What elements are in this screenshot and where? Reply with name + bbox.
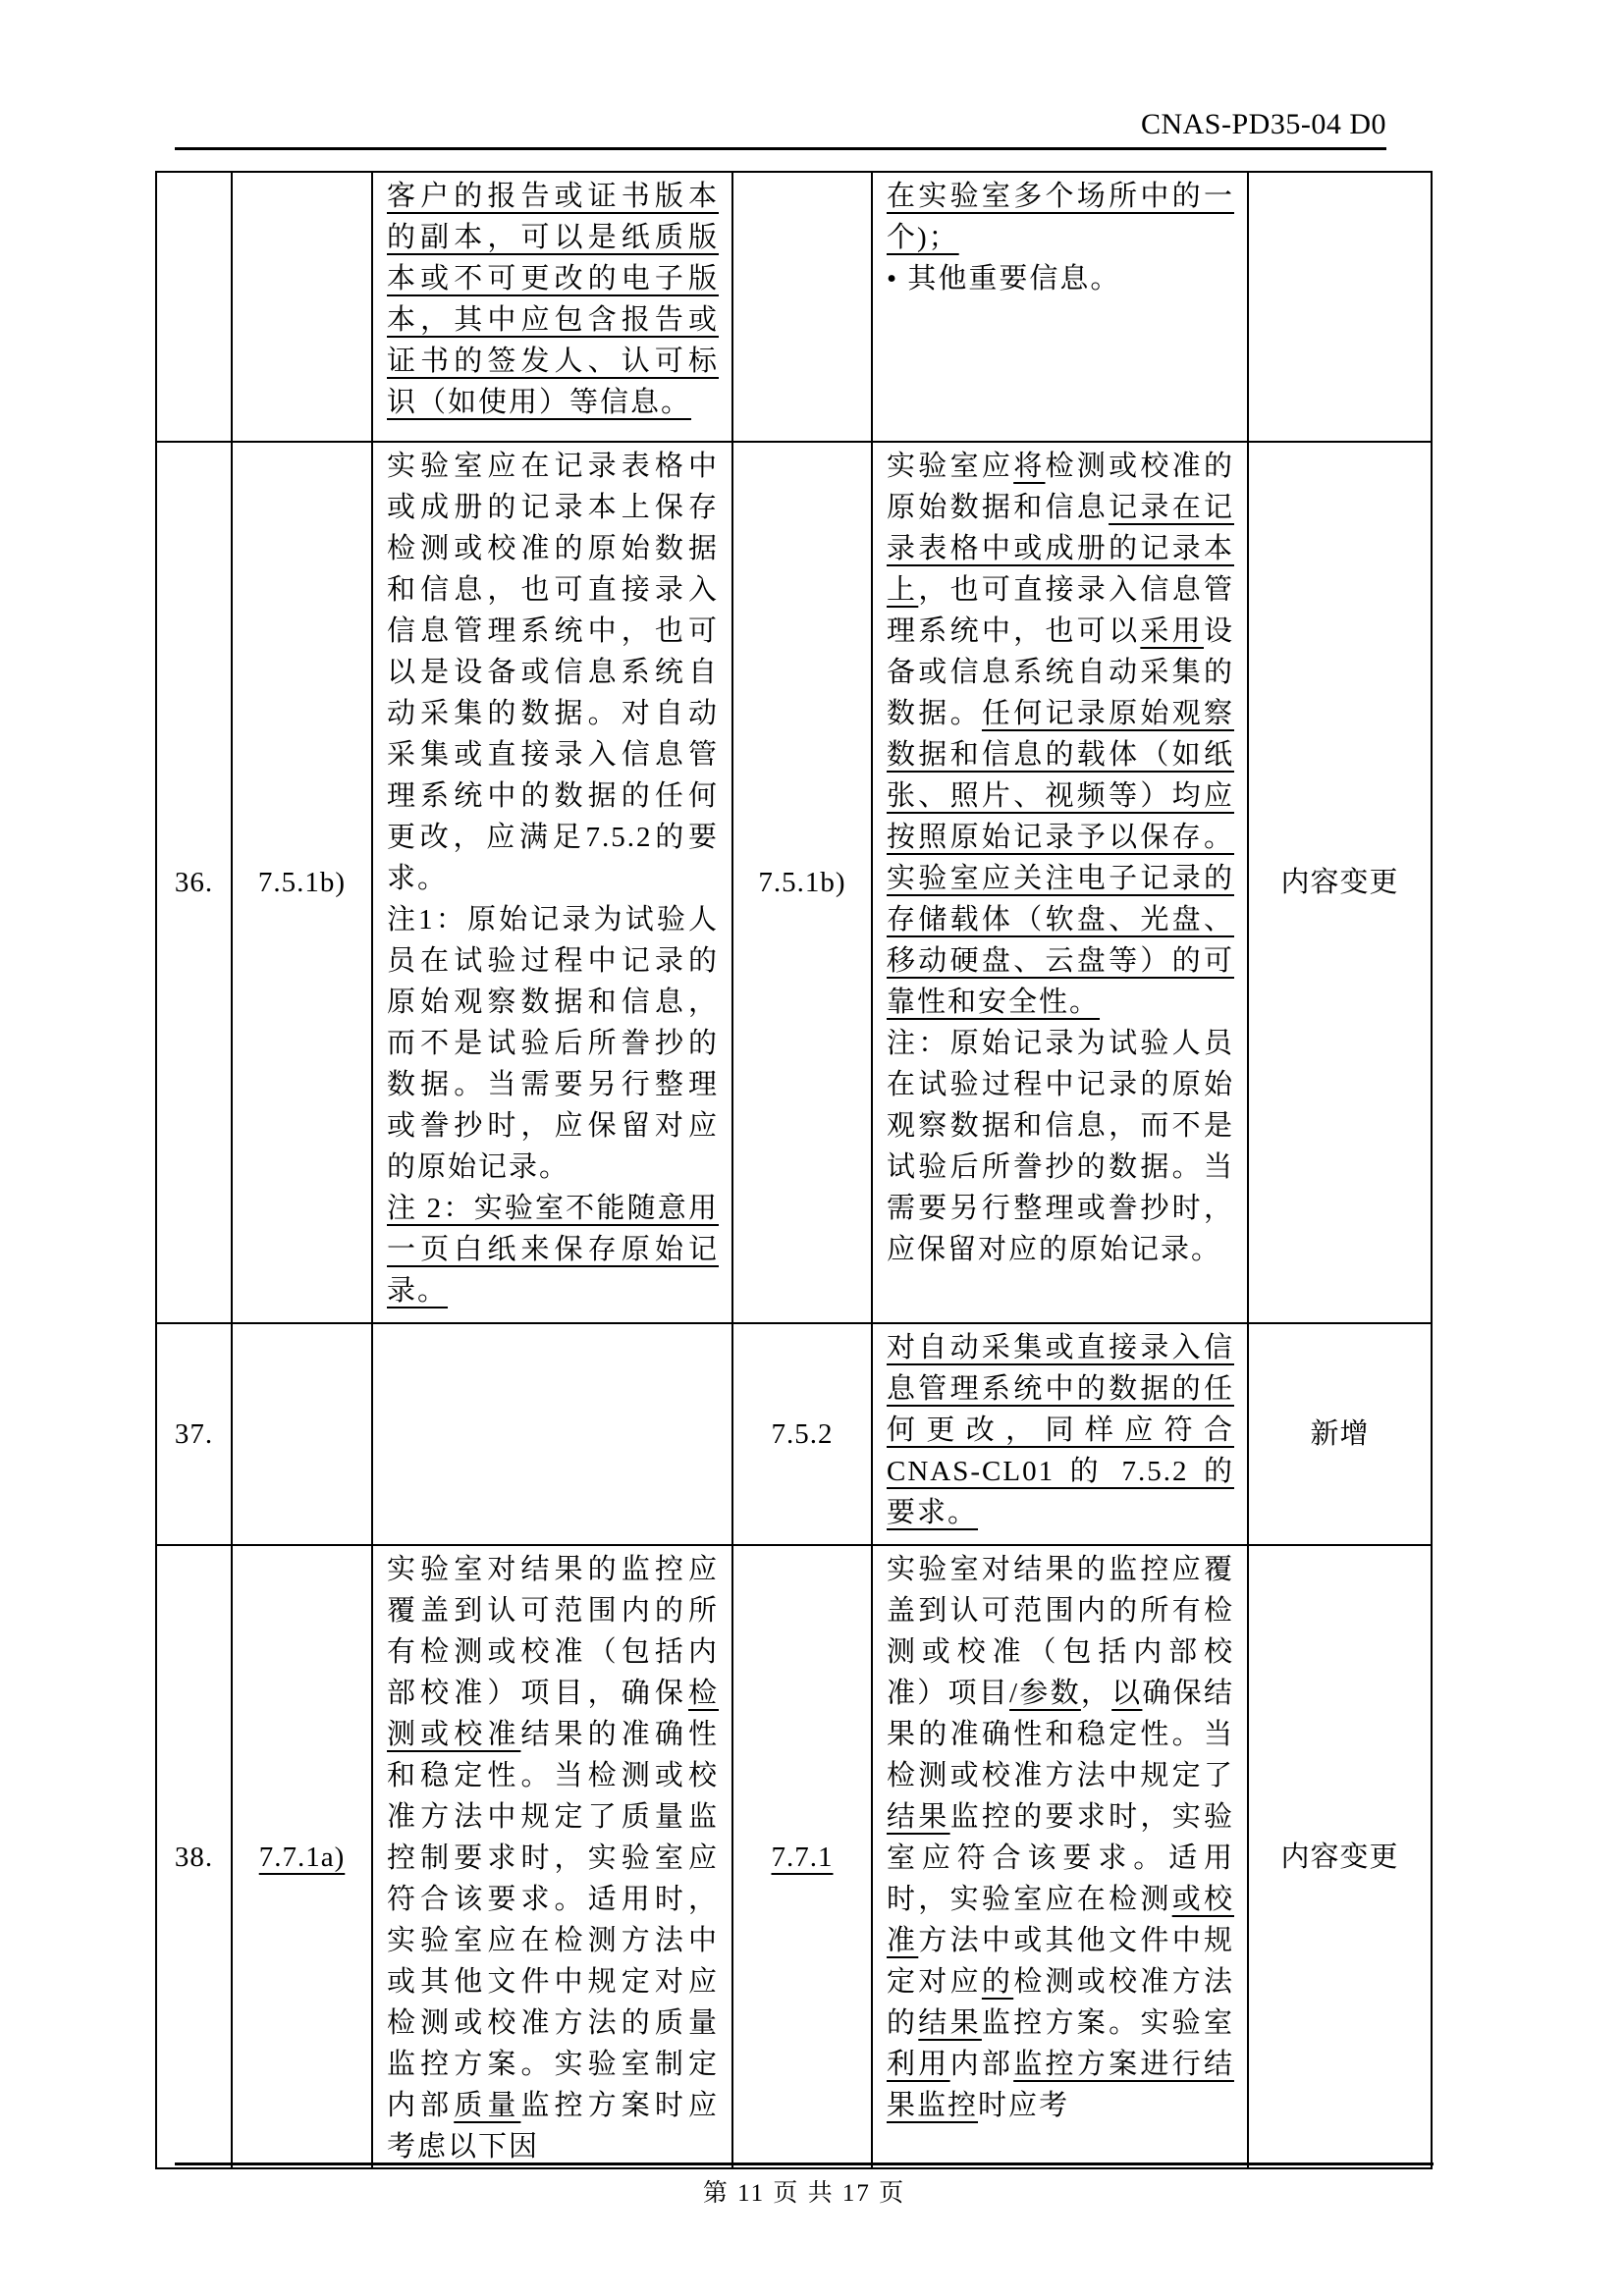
new-clause-cell: 7.7.1 [732,1545,872,2168]
page-number: 第 11 页 共 17 页 [703,2180,905,2207]
row-number-cell: 38. [156,1545,232,2168]
old-text-cell: 实验室对结果的监控应覆盖到认可范围内的所有检测或校准（包括内部校准）项目，确保检… [372,1545,732,2168]
change-type-cell: 新增 [1248,1323,1432,1545]
new-clause-cell: 7.5.1b) [732,442,872,1323]
old-text-cell: 客户的报告或证书版本的副本，可以是纸质版本或不可更改的电子版本，其中应包含报告或… [372,172,732,442]
old-text-cell: 实验室应在记录表格中或成册的记录本上保存检测或校准的原始数据和信息，也可直接录入… [372,442,732,1323]
table-row-36: 36. 7.5.1b) 实验室应在记录表格中或成册的记录本上保存检测或校准的原始… [156,442,1432,1323]
table-row-continuation: 客户的报告或证书版本的副本，可以是纸质版本或不可更改的电子版本，其中应包含报告或… [156,172,1432,442]
row-number-cell [156,172,232,442]
new-text-cell: 实验室对结果的监控应覆盖到认可范围内的所有检测或校准（包括内部校准）项目/参数，… [872,1545,1248,2168]
change-type-cell: 内容变更 [1248,442,1432,1323]
old-clause-cell [232,172,372,442]
comparison-table: 客户的报告或证书版本的副本，可以是纸质版本或不可更改的电子版本，其中应包含报告或… [155,171,1433,2169]
old-text-cell [372,1323,732,1545]
new-text-cell: 在实验室多个场所中的一个)；• 其他重要信息。 [872,172,1248,442]
new-text-cell: 实验室应将检测或校准的原始数据和信息记录在记录表格中或成册的记录本上，也可直接录… [872,442,1248,1323]
old-clause-cell: 7.7.1a) [232,1545,372,2168]
doc-code: CNAS-PD35-04 D0 [1141,108,1386,140]
table-row-37: 37. 7.5.2 对自动采集或直接录入信息管理系统中的数据的任何更改，同样应符… [156,1323,1432,1545]
page-header: CNAS-PD35-04 D0 [175,108,1386,150]
new-clause-cell: 7.5.2 [732,1323,872,1545]
change-type-cell [1248,172,1432,442]
row-number-cell: 36. [156,442,232,1323]
old-clause-cell [232,1323,372,1545]
row-number-cell: 37. [156,1323,232,1545]
new-clause-cell [732,172,872,442]
document-page: CNAS-PD35-04 D0 客户的报告或证书版本的副本，可以是纸质版本或不可… [0,0,1624,2296]
old-clause-cell: 7.5.1b) [232,442,372,1323]
table-row-38: 38. 7.7.1a) 实验室对结果的监控应覆盖到认可范围内的所有检测或校准（包… [156,1545,1432,2168]
change-type-cell: 内容变更 [1248,1545,1432,2168]
page-footer: 第 11 页 共 17 页 [175,2163,1434,2209]
new-text-cell: 对自动采集或直接录入信息管理系统中的数据的任何更改，同样应符合 CNAS-CL0… [872,1323,1248,1545]
